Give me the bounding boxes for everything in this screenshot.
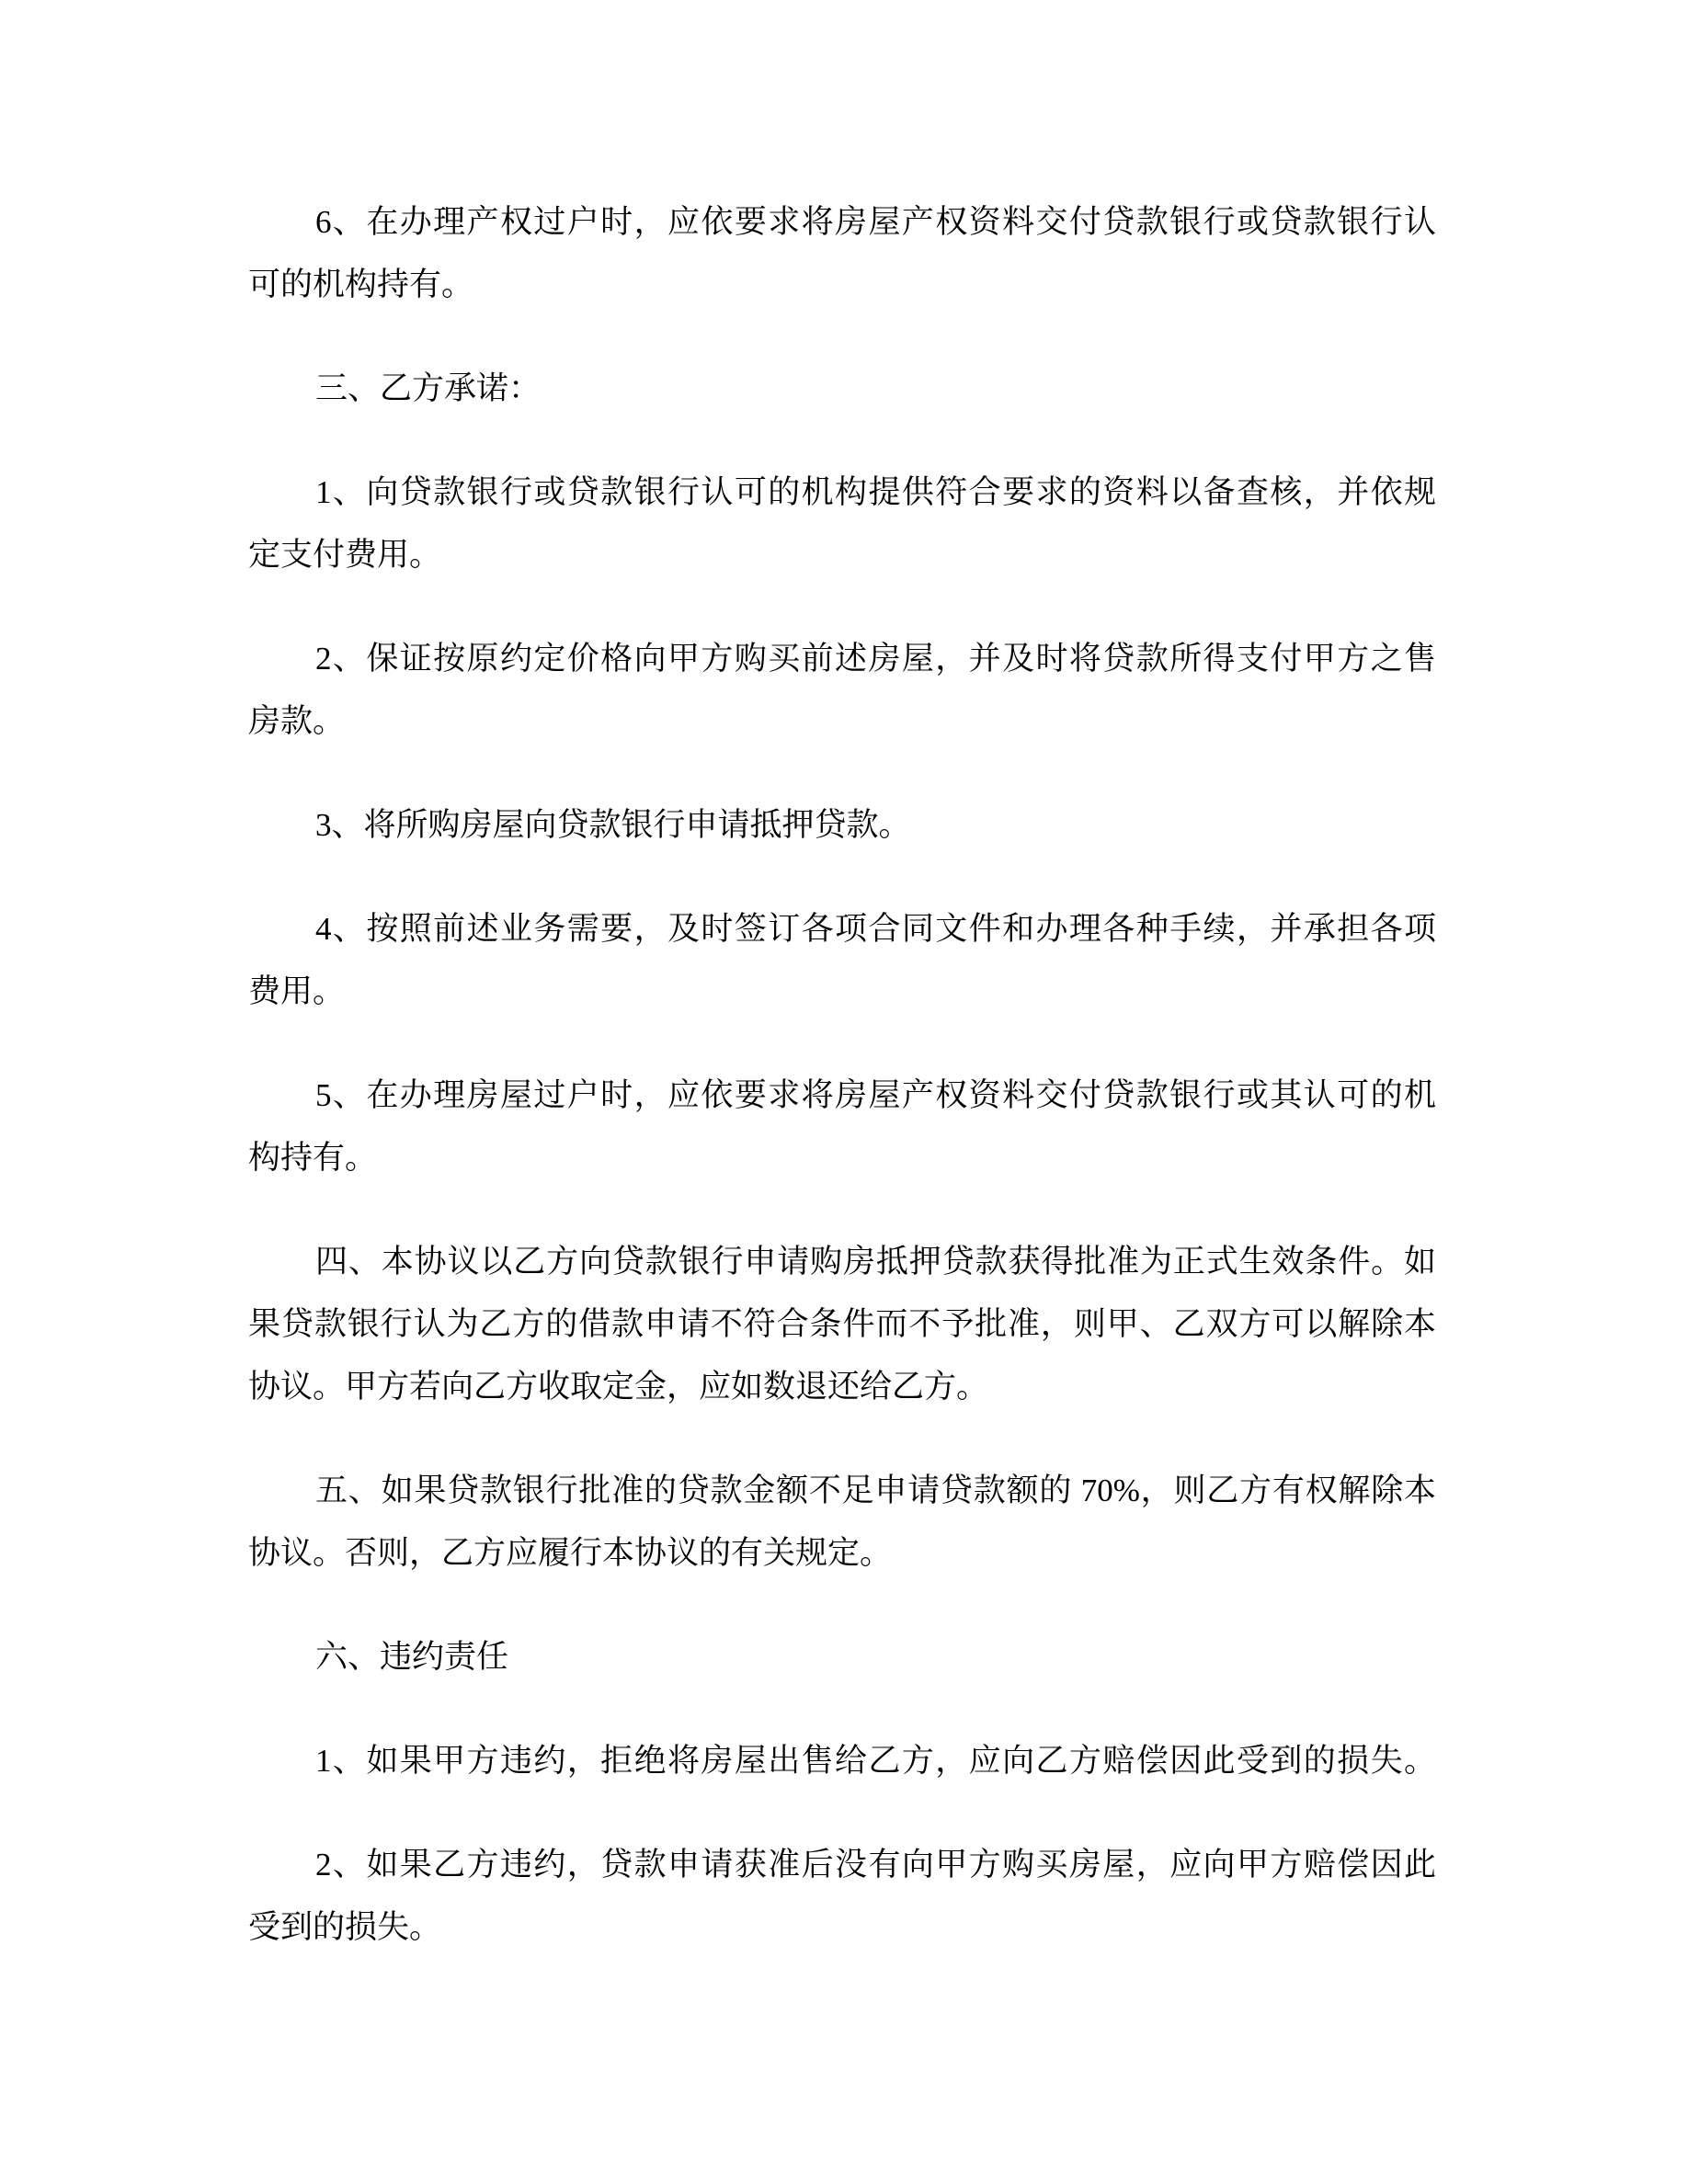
- text-line: 2、如果乙方违约，贷款申请获准后没有向甲方购买房屋，应向甲方赔偿因此: [248, 1834, 1436, 1896]
- breach-item-1: 1、如果甲方违约，拒绝将房屋出售给乙方，应向乙方赔偿因此受到的损失。: [248, 1730, 1436, 1792]
- text-line: 1、向贷款银行或贷款银行认可的机构提供符合要求的资料以备查核，并依规: [248, 461, 1436, 524]
- text-line: 费用。: [248, 961, 1436, 1023]
- promise-item-3: 3、将所购房屋向贷款银行申请抵押贷款。: [248, 794, 1436, 857]
- promise-item-5: 5、在办理房屋过户时，应依要求将房屋产权资料交付贷款银行或其认可的机 构持有。: [248, 1064, 1436, 1189]
- section-heading-6: 六、违约责任: [248, 1626, 1436, 1689]
- text-line: 五、如果贷款银行批准的贷款金额不足申请贷款额的 70%，则乙方有权解除本: [248, 1460, 1436, 1522]
- text-line: 4、按照前述业务需要，及时签订各项合同文件和办理各种手续，并承担各项: [248, 898, 1436, 961]
- text-line: 果贷款银行认为乙方的借款申请不符合条件而不予批准，则甲、乙双方可以解除本: [248, 1293, 1436, 1356]
- text-line: 3、将所购房屋向贷款银行申请抵押贷款。: [248, 794, 1436, 857]
- section-clause-4: 四、本协议以乙方向贷款银行申请购房抵押贷款获得批准为正式生效条件。如 果贷款银行…: [248, 1231, 1436, 1418]
- text-line: 2、保证按原约定价格向甲方购买前述房屋，并及时将贷款所得支付甲方之售: [248, 628, 1436, 690]
- promise-item-4: 4、按照前述业务需要，及时签订各项合同文件和办理各种手续，并承担各项 费用。: [248, 898, 1436, 1023]
- clause-item-6: 6、在办理产权过户时，应依要求将房屋产权资料交付贷款银行或贷款银行认 可的机构持…: [248, 191, 1436, 316]
- text-line: 5、在办理房屋过户时，应依要求将房屋产权资料交付贷款银行或其认可的机: [248, 1064, 1436, 1127]
- promise-item-1: 1、向贷款银行或贷款银行认可的机构提供符合要求的资料以备查核，并依规 定支付费用…: [248, 461, 1436, 586]
- document-page: 6、在办理产权过户时，应依要求将房屋产权资料交付贷款银行或贷款银行认 可的机构持…: [0, 0, 1688, 2184]
- text-line: 定支付费用。: [248, 524, 1436, 586]
- text-line: 构持有。: [248, 1127, 1436, 1189]
- text-line: 协议。否则，乙方应履行本协议的有关规定。: [248, 1522, 1436, 1585]
- text-line: 6、在办理产权过户时，应依要求将房屋产权资料交付贷款银行或贷款银行认: [248, 191, 1436, 254]
- text-line: 受到的损失。: [248, 1896, 1436, 1959]
- contract-body: 6、在办理产权过户时，应依要求将房屋产权资料交付贷款银行或贷款银行认 可的机构持…: [248, 191, 1436, 2000]
- text-line: 可的机构持有。: [248, 254, 1436, 316]
- text-line: 房款。: [248, 690, 1436, 753]
- section-heading-3: 三、乙方承诺：: [248, 358, 1436, 420]
- section-clause-5: 五、如果贷款银行批准的贷款金额不足申请贷款额的 70%，则乙方有权解除本 协议。…: [248, 1460, 1436, 1585]
- text-line: 三、乙方承诺：: [248, 358, 1436, 420]
- text-line: 协议。甲方若向乙方收取定金，应如数退还给乙方。: [248, 1356, 1436, 1418]
- text-line: 1、如果甲方违约，拒绝将房屋出售给乙方，应向乙方赔偿因此受到的损失。: [248, 1730, 1436, 1792]
- text-line: 六、违约责任: [248, 1626, 1436, 1689]
- text-line: 四、本协议以乙方向贷款银行申请购房抵押贷款获得批准为正式生效条件。如: [248, 1231, 1436, 1293]
- promise-item-2: 2、保证按原约定价格向甲方购买前述房屋，并及时将贷款所得支付甲方之售 房款。: [248, 628, 1436, 753]
- breach-item-2: 2、如果乙方违约，贷款申请获准后没有向甲方购买房屋，应向甲方赔偿因此 受到的损失…: [248, 1834, 1436, 1959]
